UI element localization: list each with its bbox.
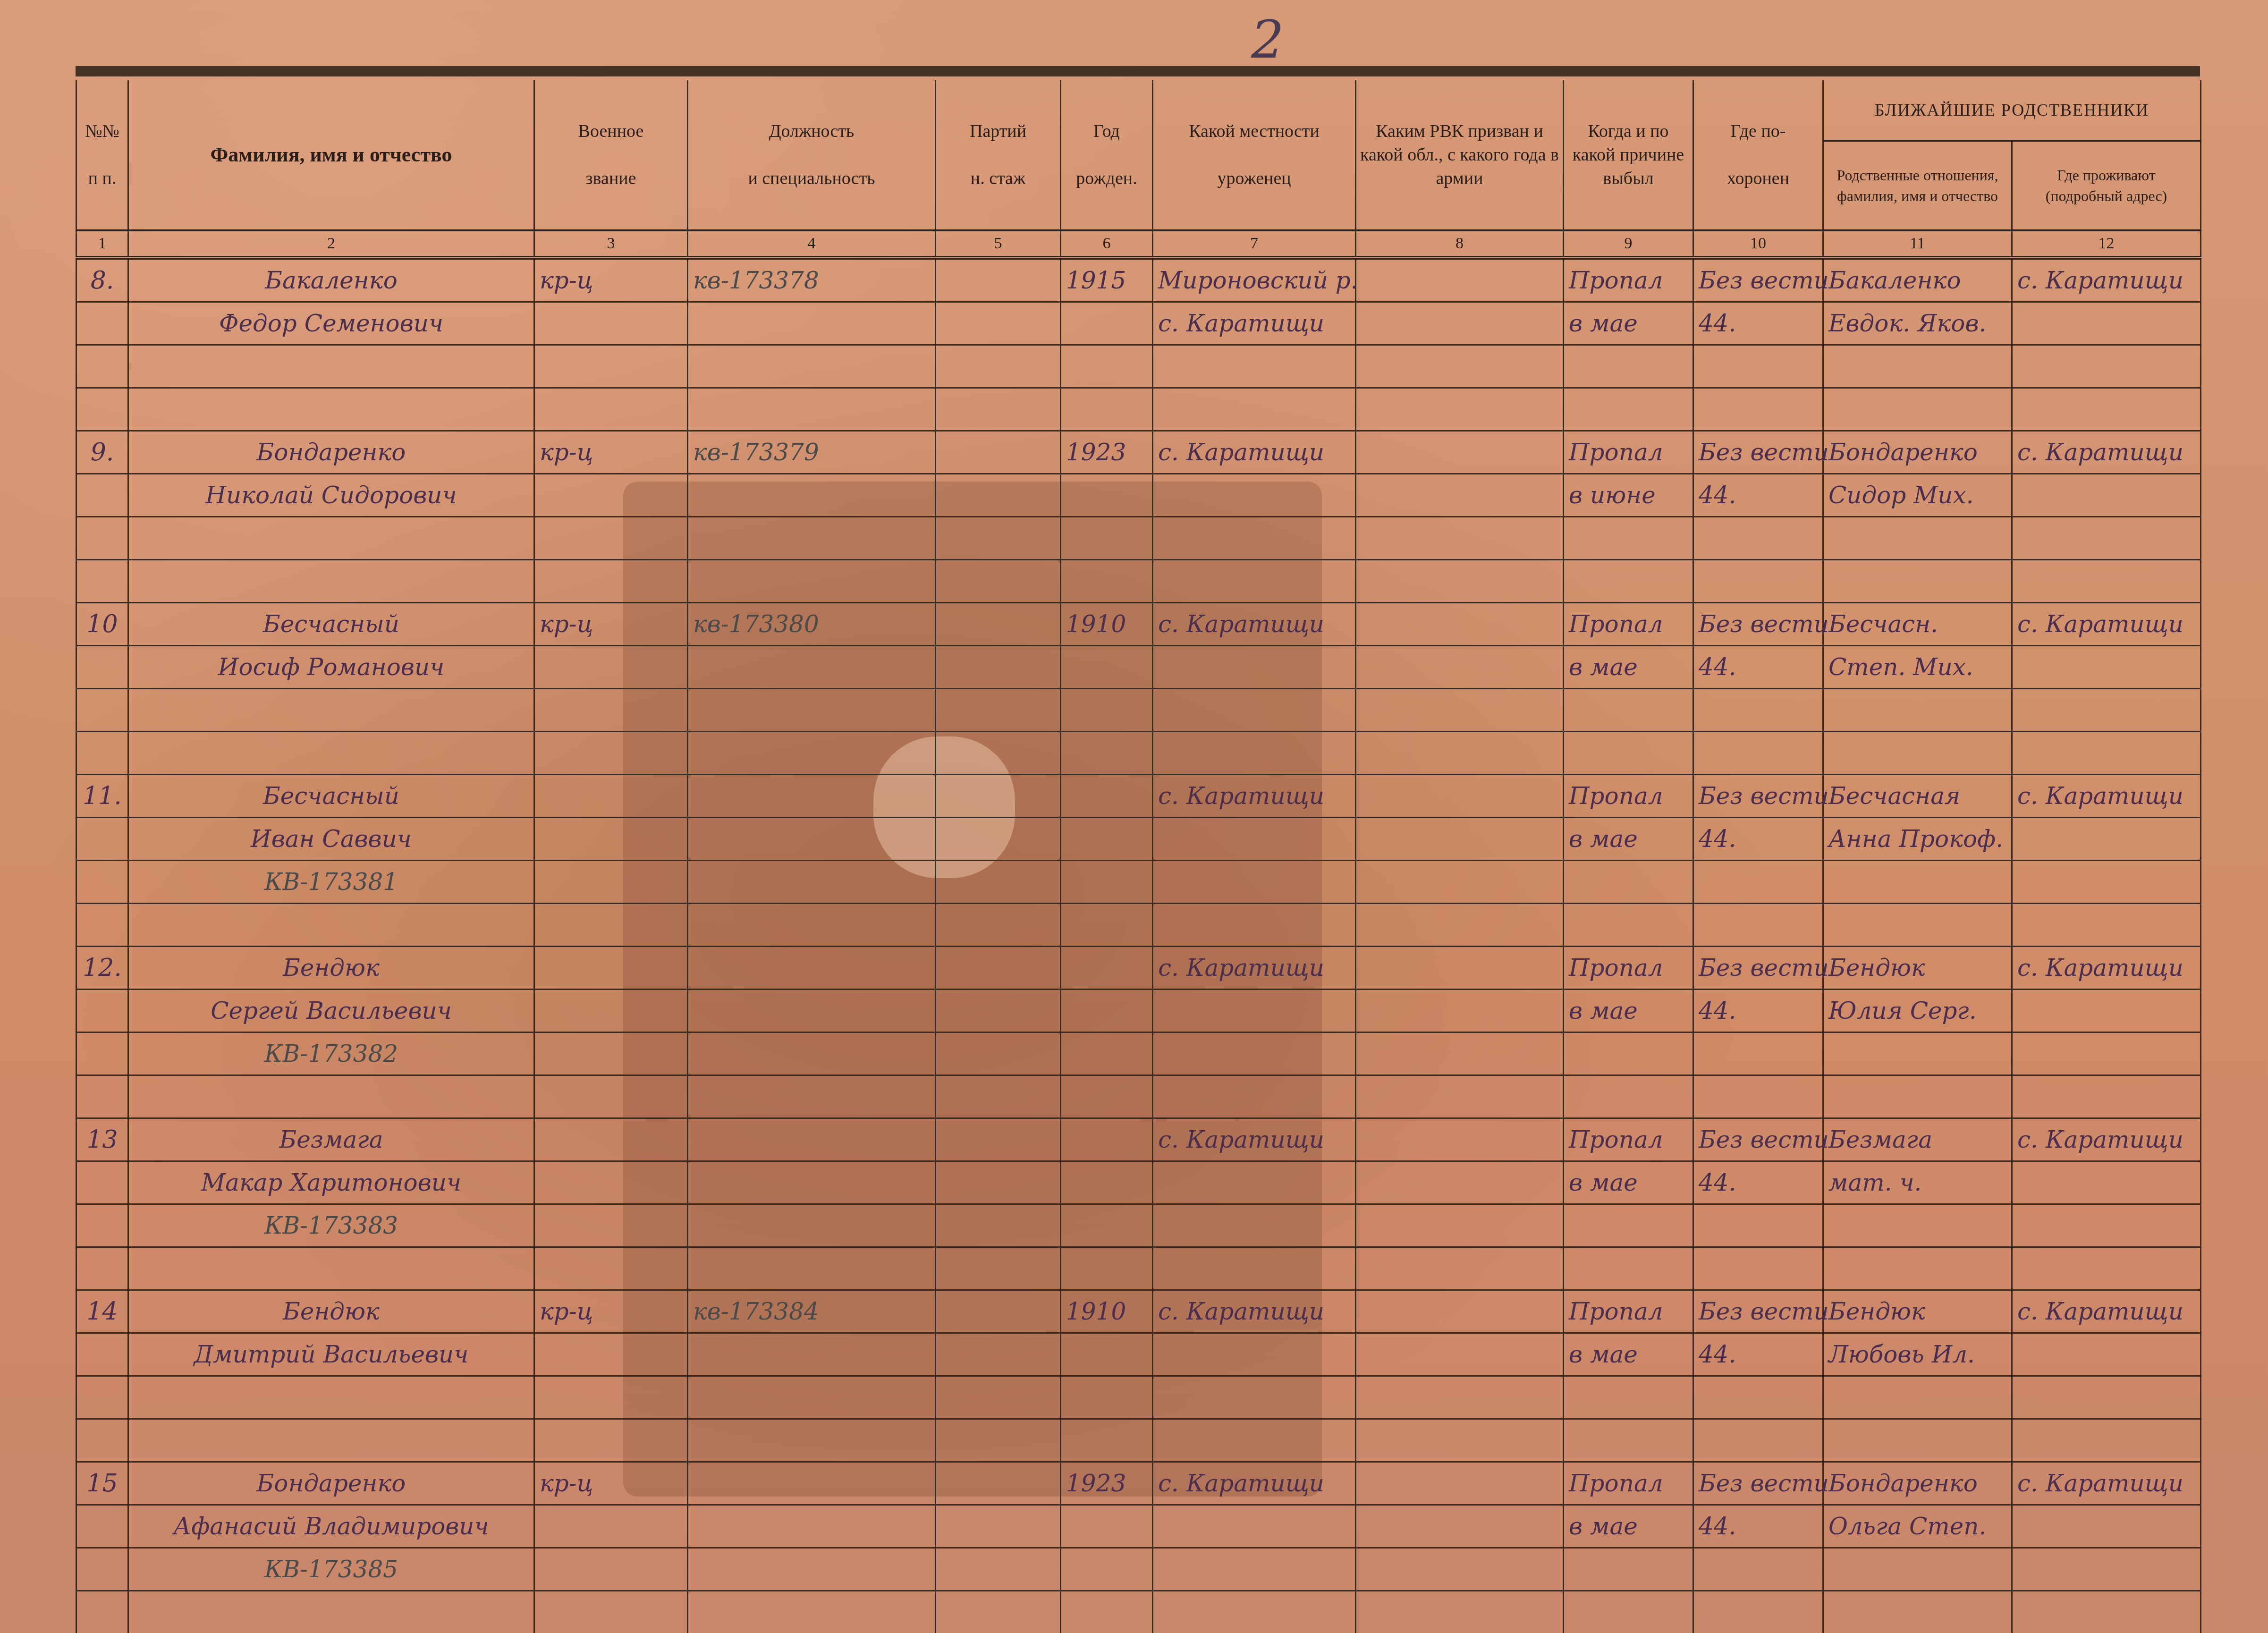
record-rvk — [1356, 990, 1564, 1032]
table-row: Афанасий Владимировичв мае44.Ольга Степ. — [76, 1505, 2201, 1548]
record-name: Иван Саввич — [128, 818, 534, 861]
record-number: 12. — [76, 947, 128, 990]
record-name: Сергей Васильевич — [128, 990, 534, 1032]
record-address: с. Каратищи — [2012, 947, 2201, 990]
table-row: 15Бондаренкокр-ц1923с. КаратищиПропалБез… — [76, 1462, 2201, 1505]
table-row: КВ-173381 — [76, 861, 2201, 904]
record-position — [688, 1591, 936, 1633]
record-address — [2012, 1419, 2201, 1462]
record-number — [76, 818, 128, 861]
record-rvk — [1356, 1333, 1564, 1376]
table-row: КВ-173383 — [76, 1204, 2201, 1247]
record-address — [2012, 861, 2201, 904]
record-rank — [534, 1118, 688, 1161]
record-party — [936, 1118, 1061, 1161]
record-address — [2012, 1075, 2201, 1118]
record-origin — [1153, 689, 1356, 732]
record-relative: Юлия Серг. — [1823, 990, 2012, 1032]
record-buried: 44. — [1693, 990, 1823, 1032]
record-when-left — [1564, 1591, 1693, 1633]
record-position — [688, 345, 936, 388]
record-position — [688, 388, 936, 431]
record-buried: Без вести — [1693, 1290, 1823, 1333]
record-address — [2012, 302, 2201, 345]
record-birth-year — [1061, 947, 1153, 990]
record-buried — [1693, 1247, 1823, 1290]
record-party — [936, 1376, 1061, 1419]
record-address — [2012, 1333, 2201, 1376]
record-address — [2012, 1032, 2201, 1075]
table-row — [76, 517, 2201, 560]
record-party — [936, 258, 1061, 302]
record-birth-year: 1923 — [1061, 1462, 1153, 1505]
record-name — [128, 517, 534, 560]
record-origin: с. Каратищи — [1153, 947, 1356, 990]
record-name: Бендюк — [128, 947, 534, 990]
record-buried — [1693, 560, 1823, 603]
record-buried — [1693, 1419, 1823, 1462]
record-address — [2012, 388, 2201, 431]
header-relation: Родственные отношения, фамилия, имя и от… — [1823, 141, 2012, 230]
record-position — [688, 990, 936, 1032]
record-birth-year — [1061, 861, 1153, 904]
record-rvk — [1356, 1376, 1564, 1419]
record-name: Безмага — [128, 1118, 534, 1161]
record-position — [688, 818, 936, 861]
record-relative: Степ. Мих. — [1823, 646, 2012, 689]
record-when-left: Пропал — [1564, 603, 1693, 646]
record-relative: мат. ч. — [1823, 1161, 2012, 1204]
record-birth-year — [1061, 1505, 1153, 1548]
record-buried — [1693, 732, 1823, 775]
record-when-left: в мае — [1564, 1333, 1693, 1376]
record-relative — [1823, 1376, 2012, 1419]
record-number — [76, 1591, 128, 1633]
casualty-register-form: №№п п. Фамилия, имя и отчество Военноезв… — [76, 66, 2200, 1633]
table-row: 12.Бендюкс. КаратищиПропалБез вестиБендю… — [76, 947, 2201, 990]
record-name — [128, 689, 534, 732]
record-buried — [1693, 1548, 1823, 1591]
record-name: Дмитрий Васильевич — [128, 1333, 534, 1376]
record-position — [688, 1118, 936, 1161]
record-birth-year — [1061, 732, 1153, 775]
record-number — [76, 689, 128, 732]
record-name: Бендюк — [128, 1290, 534, 1333]
record-buried: Без вести — [1693, 947, 1823, 990]
record-rvk — [1356, 1161, 1564, 1204]
record-party — [936, 646, 1061, 689]
record-address: с. Каратищи — [2012, 258, 2201, 302]
record-address — [2012, 732, 2201, 775]
record-number: 14 — [76, 1290, 128, 1333]
record-relative — [1823, 345, 2012, 388]
record-rvk — [1356, 947, 1564, 990]
record-relative: Бондаренко — [1823, 431, 2012, 474]
record-relative — [1823, 732, 2012, 775]
record-name: Макар Харитонович — [128, 1161, 534, 1204]
record-party — [936, 345, 1061, 388]
record-name — [128, 560, 534, 603]
record-address — [2012, 646, 2201, 689]
record-when-left — [1564, 345, 1693, 388]
record-buried: Без вести — [1693, 431, 1823, 474]
register-table: №№п п. Фамилия, имя и отчество Военноезв… — [76, 80, 2201, 1633]
record-birth-year: 1915 — [1061, 258, 1153, 302]
record-relative: Сидор Мих. — [1823, 474, 2012, 517]
record-number: 9. — [76, 431, 128, 474]
record-position — [688, 302, 936, 345]
record-origin — [1153, 1505, 1356, 1548]
record-buried — [1693, 1032, 1823, 1075]
record-name: Бесчасный — [128, 775, 534, 818]
record-buried: 44. — [1693, 646, 1823, 689]
column-number: 1 — [76, 230, 128, 258]
record-when-left — [1564, 1376, 1693, 1419]
record-rank — [534, 947, 688, 990]
record-when-left: в мае — [1564, 1161, 1693, 1204]
record-position — [688, 861, 936, 904]
record-relative: Ольга Степ. — [1823, 1505, 2012, 1548]
record-birth-year — [1061, 775, 1153, 818]
record-relative — [1823, 1032, 2012, 1075]
record-number — [76, 560, 128, 603]
record-position — [688, 517, 936, 560]
record-buried: Без вести — [1693, 603, 1823, 646]
record-buried — [1693, 904, 1823, 947]
table-row: Иосиф Романовичв мае44.Степ. Мих. — [76, 646, 2201, 689]
record-rank — [534, 1505, 688, 1548]
record-position — [688, 1032, 936, 1075]
record-rank — [534, 1419, 688, 1462]
record-number — [76, 990, 128, 1032]
record-rank — [534, 517, 688, 560]
record-number — [76, 1075, 128, 1118]
record-position — [688, 1075, 936, 1118]
column-number: 6 — [1061, 230, 1153, 258]
record-origin — [1153, 388, 1356, 431]
record-name — [128, 388, 534, 431]
record-relative: Евдок. Яков. — [1823, 302, 2012, 345]
record-name: КВ-173385 — [128, 1548, 534, 1591]
record-birth-year — [1061, 818, 1153, 861]
record-birth-year — [1061, 1419, 1153, 1462]
header-birth-year: Годрожден. — [1061, 80, 1153, 230]
record-birth-year — [1061, 904, 1153, 947]
record-rvk — [1356, 1075, 1564, 1118]
record-address — [2012, 990, 2201, 1032]
record-rvk — [1356, 258, 1564, 302]
record-position — [688, 732, 936, 775]
record-rank — [534, 646, 688, 689]
top-rule — [76, 66, 2200, 76]
table-row: Иван Саввичв мае44.Анна Прокоф. — [76, 818, 2201, 861]
record-party — [936, 732, 1061, 775]
record-when-left: в мае — [1564, 990, 1693, 1032]
record-when-left — [1564, 1419, 1693, 1462]
record-number — [76, 302, 128, 345]
record-birth-year — [1061, 990, 1153, 1032]
record-when-left — [1564, 1247, 1693, 1290]
record-origin — [1153, 1204, 1356, 1247]
record-buried — [1693, 1075, 1823, 1118]
record-when-left — [1564, 388, 1693, 431]
record-relative: Бесчасная — [1823, 775, 2012, 818]
header-rank: Военноезвание — [534, 80, 688, 230]
record-address — [2012, 1247, 2201, 1290]
record-number — [76, 474, 128, 517]
record-rank — [534, 732, 688, 775]
record-buried: Без вести — [1693, 1462, 1823, 1505]
record-origin: Мироновский р. — [1153, 258, 1356, 302]
record-number — [76, 1419, 128, 1462]
table-row — [76, 345, 2201, 388]
table-row — [76, 689, 2201, 732]
record-party — [936, 1333, 1061, 1376]
table-row: КВ-173385 — [76, 1548, 2201, 1591]
record-name — [128, 1419, 534, 1462]
record-rvk — [1356, 732, 1564, 775]
record-name: Афанасий Владимирович — [128, 1505, 534, 1548]
record-when-left: в мае — [1564, 646, 1693, 689]
record-rvk — [1356, 1204, 1564, 1247]
record-origin — [1153, 474, 1356, 517]
record-position — [688, 1161, 936, 1204]
record-rank: кр-ц — [534, 1462, 688, 1505]
record-birth-year — [1061, 560, 1153, 603]
table-row: 13Безмагас. КаратищиПропалБез вестиБезма… — [76, 1118, 2201, 1161]
record-name — [128, 1075, 534, 1118]
record-number: 10 — [76, 603, 128, 646]
record-position — [688, 947, 936, 990]
table-row — [76, 1247, 2201, 1290]
table-row: 10Бесчасныйкр-цкв-1733801910с. КаратищиП… — [76, 603, 2201, 646]
record-address — [2012, 474, 2201, 517]
record-party — [936, 689, 1061, 732]
record-rank: кр-ц — [534, 1290, 688, 1333]
record-party — [936, 1075, 1061, 1118]
record-origin — [1153, 1333, 1356, 1376]
record-rvk — [1356, 1591, 1564, 1633]
record-number — [76, 904, 128, 947]
record-when-left — [1564, 1204, 1693, 1247]
page-number: 2 — [1251, 9, 1284, 70]
record-address: с. Каратищи — [2012, 603, 2201, 646]
record-birth-year — [1061, 474, 1153, 517]
record-rvk — [1356, 345, 1564, 388]
table-row — [76, 1591, 2201, 1633]
record-rank — [534, 1247, 688, 1290]
record-when-left: в мае — [1564, 818, 1693, 861]
record-when-left — [1564, 560, 1693, 603]
record-position — [688, 1548, 936, 1591]
record-party — [936, 1032, 1061, 1075]
record-birth-year: 1923 — [1061, 431, 1153, 474]
record-origin: с. Каратищи — [1153, 603, 1356, 646]
record-position — [688, 1505, 936, 1548]
record-when-left: Пропал — [1564, 431, 1693, 474]
record-address — [2012, 560, 2201, 603]
record-name: Бондаренко — [128, 431, 534, 474]
record-birth-year — [1061, 646, 1153, 689]
record-rvk — [1356, 1505, 1564, 1548]
record-origin — [1153, 1075, 1356, 1118]
record-buried: Без вести — [1693, 1118, 1823, 1161]
table-row: 11.Бесчасныйс. КаратищиПропалБез вестиБе… — [76, 775, 2201, 818]
record-origin — [1153, 904, 1356, 947]
record-rvk — [1356, 603, 1564, 646]
record-origin — [1153, 1591, 1356, 1633]
record-rank — [534, 689, 688, 732]
table-row: 8.Бакаленкокр-цкв-1733781915Мироновский … — [76, 258, 2201, 302]
column-number: 3 — [534, 230, 688, 258]
record-buried — [1693, 689, 1823, 732]
record-relative: Анна Прокоф. — [1823, 818, 2012, 861]
record-position: кв-173378 — [688, 258, 936, 302]
record-birth-year — [1061, 689, 1153, 732]
record-party — [936, 861, 1061, 904]
record-rank — [534, 775, 688, 818]
record-address — [2012, 904, 2201, 947]
record-address — [2012, 689, 2201, 732]
table-row — [76, 388, 2201, 431]
record-origin — [1153, 818, 1356, 861]
record-position: кв-173380 — [688, 603, 936, 646]
record-when-left: в июне — [1564, 474, 1693, 517]
record-rvk — [1356, 1462, 1564, 1505]
record-relative — [1823, 517, 2012, 560]
table-row — [76, 904, 2201, 947]
record-rank — [534, 474, 688, 517]
record-rvk — [1356, 689, 1564, 732]
record-position — [688, 1247, 936, 1290]
register-body: 8.Бакаленкокр-цкв-1733781915Мироновский … — [76, 258, 2201, 1633]
record-party — [936, 1462, 1061, 1505]
record-origin: с. Каратищи — [1153, 431, 1356, 474]
record-number — [76, 517, 128, 560]
record-party — [936, 431, 1061, 474]
record-buried: 44. — [1693, 818, 1823, 861]
record-origin — [1153, 345, 1356, 388]
record-relative — [1823, 689, 2012, 732]
record-number — [76, 732, 128, 775]
record-position — [688, 1419, 936, 1462]
record-number — [76, 861, 128, 904]
record-origin — [1153, 1161, 1356, 1204]
record-number: 11. — [76, 775, 128, 818]
record-rank — [534, 1548, 688, 1591]
record-party — [936, 775, 1061, 818]
column-number: 2 — [128, 230, 534, 258]
record-party — [936, 818, 1061, 861]
record-when-left — [1564, 517, 1693, 560]
record-number — [76, 1505, 128, 1548]
record-rank: кр-ц — [534, 603, 688, 646]
record-rank — [534, 560, 688, 603]
table-row: Дмитрий Васильевичв мае44.Любовь Ил. — [76, 1333, 2201, 1376]
column-number: 12 — [2012, 230, 2201, 258]
record-rvk — [1356, 517, 1564, 560]
table-row: 9.Бондаренкокр-цкв-1733791923с. Каратищи… — [76, 431, 2201, 474]
record-buried: 44. — [1693, 474, 1823, 517]
record-rank — [534, 302, 688, 345]
record-rvk — [1356, 560, 1564, 603]
record-origin: с. Каратищи — [1153, 1118, 1356, 1161]
record-address: с. Каратищи — [2012, 431, 2201, 474]
record-name: Бесчасный — [128, 603, 534, 646]
record-relative: Любовь Ил. — [1823, 1333, 2012, 1376]
record-origin: с. Каратищи — [1153, 302, 1356, 345]
table-row — [76, 560, 2201, 603]
record-buried — [1693, 861, 1823, 904]
record-address — [2012, 345, 2201, 388]
record-position — [688, 1462, 936, 1505]
record-party — [936, 560, 1061, 603]
record-when-left — [1564, 1075, 1693, 1118]
record-relative: Бендюк — [1823, 947, 2012, 990]
record-name — [128, 1591, 534, 1633]
record-when-left — [1564, 689, 1693, 732]
record-birth-year — [1061, 1161, 1153, 1204]
record-position — [688, 646, 936, 689]
record-origin — [1153, 1376, 1356, 1419]
record-origin — [1153, 1548, 1356, 1591]
record-birth-year — [1061, 1333, 1153, 1376]
record-when-left — [1564, 1032, 1693, 1075]
record-party — [936, 904, 1061, 947]
record-party — [936, 1161, 1061, 1204]
record-address — [2012, 517, 2201, 560]
record-rvk — [1356, 1118, 1564, 1161]
record-buried — [1693, 1591, 1823, 1633]
record-rvk — [1356, 646, 1564, 689]
record-relative — [1823, 904, 2012, 947]
record-birth-year — [1061, 517, 1153, 560]
record-birth-year — [1061, 388, 1153, 431]
record-number — [76, 646, 128, 689]
record-number: 8. — [76, 258, 128, 302]
record-address — [2012, 1204, 2201, 1247]
record-relative — [1823, 1204, 2012, 1247]
record-position — [688, 1204, 936, 1247]
header-relatives-group: БЛИЖАЙШИЕ РОДСТВЕННИКИ — [1823, 80, 2201, 141]
record-buried — [1693, 1376, 1823, 1419]
record-rank — [534, 345, 688, 388]
record-address: с. Каратищи — [2012, 775, 2201, 818]
record-number — [76, 1333, 128, 1376]
record-name: Бакаленко — [128, 258, 534, 302]
table-row: КВ-173382 — [76, 1032, 2201, 1075]
record-when-left — [1564, 904, 1693, 947]
record-when-left: Пропал — [1564, 1290, 1693, 1333]
record-rvk — [1356, 302, 1564, 345]
record-buried: 44. — [1693, 1161, 1823, 1204]
record-birth-year — [1061, 302, 1153, 345]
record-rank — [534, 990, 688, 1032]
record-name: КВ-173382 — [128, 1032, 534, 1075]
record-party — [936, 302, 1061, 345]
record-birth-year — [1061, 1032, 1153, 1075]
record-buried — [1693, 517, 1823, 560]
record-rvk — [1356, 1548, 1564, 1591]
record-buried: Без вести — [1693, 775, 1823, 818]
record-party — [936, 1290, 1061, 1333]
record-number — [76, 388, 128, 431]
record-rank: кр-ц — [534, 431, 688, 474]
record-rvk — [1356, 1419, 1564, 1462]
table-row: 14Бендюккр-цкв-1733841910с. КаратищиПроп… — [76, 1290, 2201, 1333]
record-rvk — [1356, 1290, 1564, 1333]
record-relative — [1823, 388, 2012, 431]
